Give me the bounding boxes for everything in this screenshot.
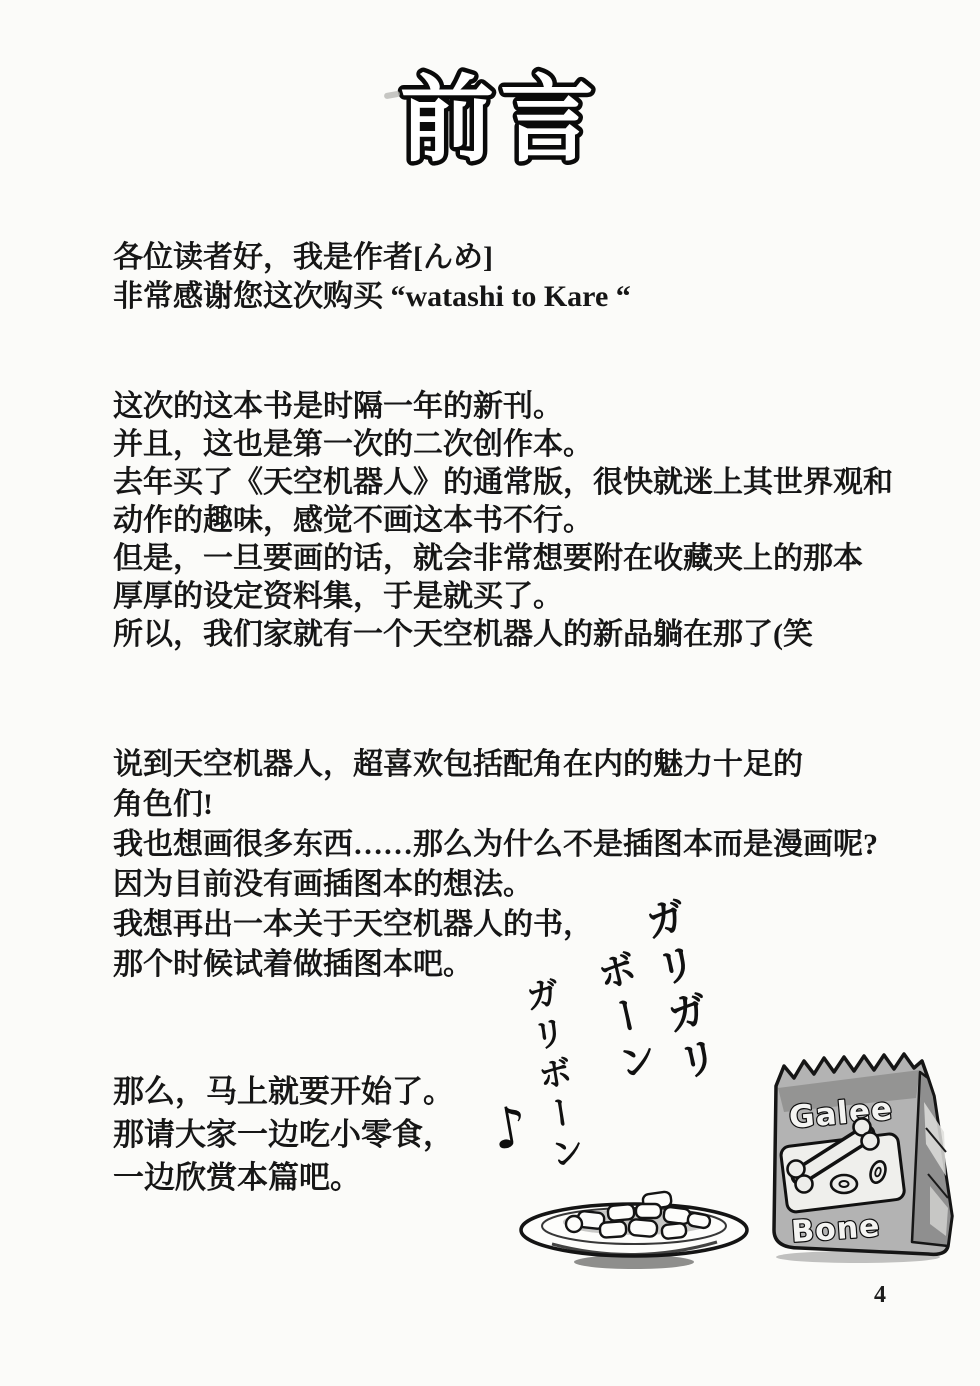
text-line: 那请大家一边吃小零食， <box>113 1113 454 1156</box>
text-line: 那么，马上就要开始了。 <box>113 1070 454 1113</box>
bag-brand-bottom: Bone <box>790 1209 881 1250</box>
text-line: 这次的这本书是时隔一年的新刊。 <box>113 388 893 426</box>
text-line: 非常感谢您这次购买 “watashi to Kare “ <box>113 277 631 316</box>
paragraph-characters: 说到天空机器人，超喜欢包括配角在内的魅力十足的 角色们! 我也想画很多东西……那… <box>113 745 878 985</box>
text-line: 去年买了《天空机器人》的通常版，很快就迷上其世界观和 <box>113 464 893 502</box>
paragraph-new-book: 这次的这本书是时隔一年的新刊。 并且，这也是第一次的二次创作本。 去年买了《天空… <box>113 388 893 654</box>
snack-bag-illustration: Galee Bone <box>760 1036 965 1274</box>
text-line: 我也想画很多东西……那么为什么不是插图本而是漫画呢? <box>113 825 878 865</box>
text-line: 动作的趣味，感觉不画这本书不行。 <box>113 502 893 540</box>
text-line: 角色们! <box>113 785 878 825</box>
preface-page: 前言 各位读者好，我是作者[んめ] 非常感谢您这次购买 “watashi to … <box>0 0 980 1386</box>
page-number: 4 <box>874 1282 886 1309</box>
text-line: 一边欣赏本篇吧。 <box>113 1156 454 1199</box>
paragraph-greeting: 各位读者好，我是作者[んめ] 非常感谢您这次购买 “watashi to Kar… <box>113 238 631 316</box>
text-line: 我想再出一本关于天空机器人的书， <box>113 905 878 945</box>
text-line: 但是，一旦要画的话，就会非常想要附在收藏夹上的那本 <box>113 540 893 578</box>
page-title: 前言 <box>350 52 650 182</box>
music-note-icon: ♪ <box>487 1093 533 1163</box>
text-line: 因为目前没有画插图本的想法。 <box>113 865 878 905</box>
snack-plate-illustration <box>512 1182 762 1277</box>
text-line: 说到天空机器人，超喜欢包括配角在内的魅力十足的 <box>113 745 878 785</box>
text-line: 并且，这也是第一次的二次创作本。 <box>113 426 893 464</box>
text-line: 各位读者好，我是作者[んめ] <box>113 238 631 277</box>
text-line: 所以，我们家就有一个天空机器人的新品躺在那了(笑 <box>113 616 893 654</box>
page-title-text: 前言 <box>400 66 600 175</box>
text-line: 厚厚的设定资料集，于是就买了。 <box>113 578 893 616</box>
text-line: 那个时候试着做插图本吧。 <box>113 945 878 985</box>
paragraph-closing: 那么，马上就要开始了。 那请大家一边吃小零食， 一边欣赏本篇吧。 <box>113 1070 454 1199</box>
